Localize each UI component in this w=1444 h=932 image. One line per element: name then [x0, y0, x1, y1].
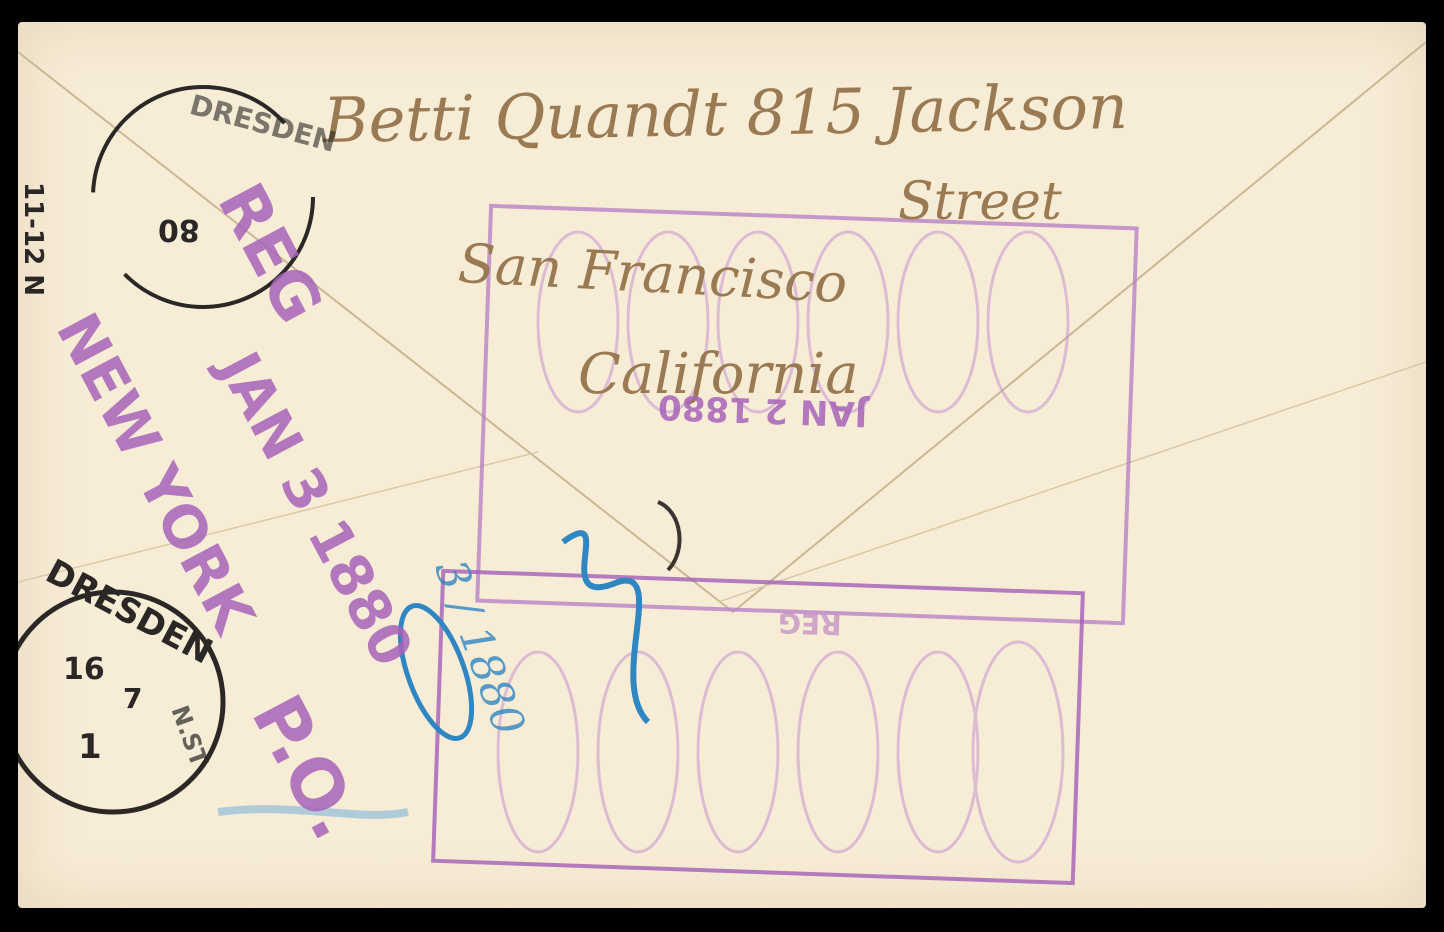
dresden-postmark-bottom-month: 1 — [78, 727, 102, 767]
dresden-postmark-top-date: 80 — [158, 212, 200, 247]
envelope-flaps — [18, 22, 1426, 908]
handwriting-line-1: Betti Quandt 815 Jackson — [322, 70, 1128, 157]
san-francisco-box-date: JAN 2 1880 — [657, 386, 868, 433]
san-francisco-box-marking: REG — [777, 606, 842, 641]
handwriting-line-2: Street — [898, 172, 1062, 232]
dresden-postmark-bottom-time: 7 — [123, 682, 142, 715]
dresden-postmark-bottom-day: 16 — [63, 652, 105, 687]
envelope: Betti Quandt 815 Jackson Street San Fran… — [18, 22, 1426, 908]
dresden-postmark-top-time: 11-12 N — [18, 182, 48, 296]
